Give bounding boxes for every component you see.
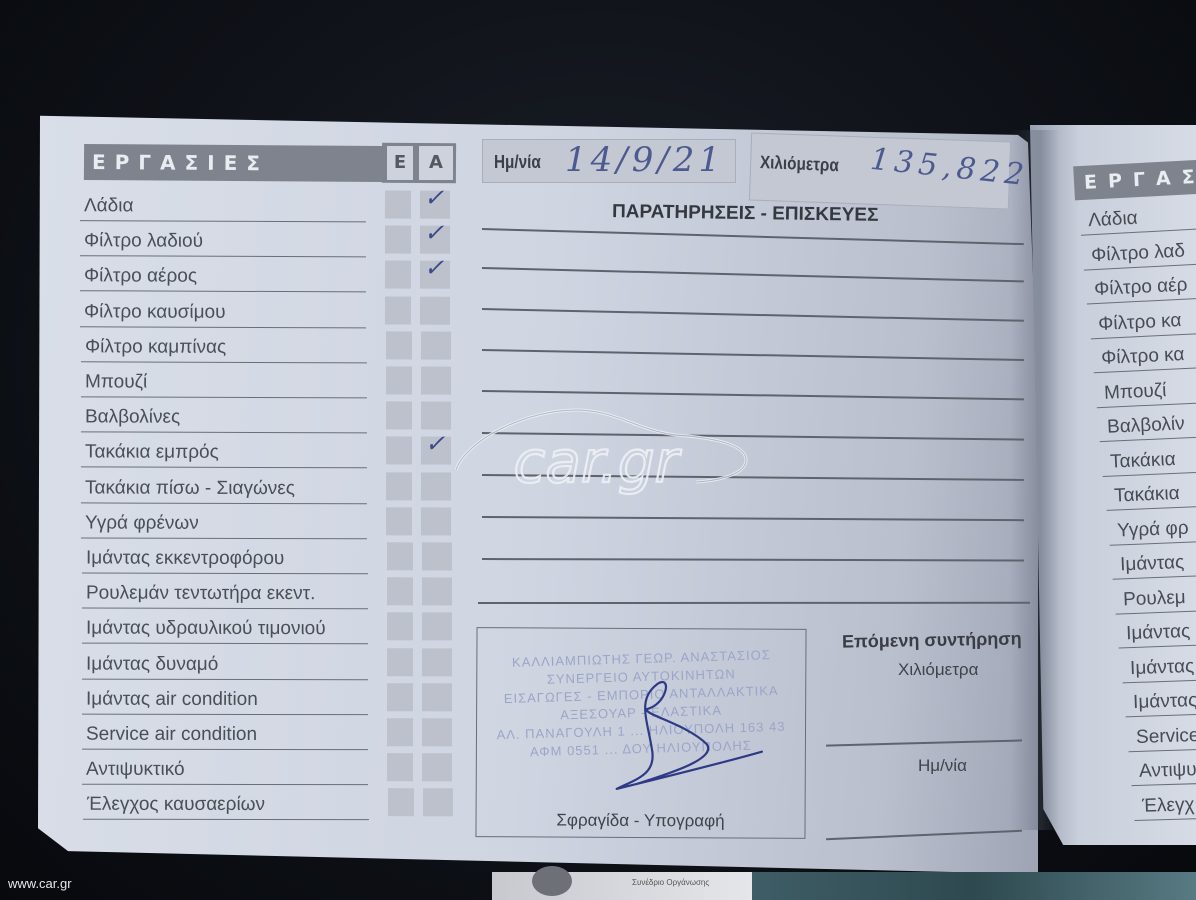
task-label: Φίλτρο καυσίμου (84, 301, 226, 324)
right-page-task-row: Έλεγχ (1140, 783, 1196, 821)
checkbox-e[interactable] (386, 507, 412, 535)
task-label: Φίλτρο λαδιού (84, 230, 203, 252)
task-label: Ιμάντας υδραυλικού τιμονιού (86, 618, 326, 641)
check-mark-icon: ✓ (425, 430, 445, 458)
remarks-title: ΠΑΡΑΤΗΡΗΣΕΙΣ - ΕΠΙΣΚΕΥΕΣ (612, 201, 879, 227)
task-row: Ιμάντας υδραυλικού τιμονιού (82, 609, 462, 645)
task-row: Τακάκια πίσω - Σιαγώνες (81, 468, 461, 504)
right-page-task-row: Βαλβολίν (1105, 402, 1196, 442)
right-page-task-label: Αντιψυ (1139, 759, 1196, 783)
right-page-task-row: Ιμάντας (1117, 541, 1196, 580)
checkbox-e[interactable] (386, 331, 412, 359)
task-label: Ιμάντας δυναμό (86, 653, 218, 675)
right-page-task-label: Λάδια (1088, 208, 1139, 233)
badge-logo-icon (532, 866, 572, 896)
task-row: Ιμάντας δυναμό (82, 644, 462, 680)
right-page-task-row: Αντιψυ (1137, 748, 1196, 786)
right-page-task-label: Μπουζί (1104, 380, 1167, 405)
task-label: Βαλβολίνες (85, 407, 180, 429)
task-row: Φίλτρο καμπίνας (81, 327, 461, 363)
workshop-stamp: ΚΑΛΛΙΑΜΠΙΩΤΗΣ ΓΕΩΡ. ΑΝΑΣΤΑΣΙΟΣΣΥΝΕΡΓΕΙΟ … (478, 628, 806, 630)
next-service-date-label: Ημ/νία (918, 756, 967, 776)
right-page-task-row: Ιμάντας (1124, 610, 1196, 649)
next-service-km-label: Χιλιόμετρα (898, 660, 978, 680)
km-label: Χιλιόμετρα (760, 152, 839, 176)
task-row: Τακάκια εμπρός✓ (81, 433, 461, 469)
checkbox-a[interactable] (423, 789, 453, 817)
checkbox-a[interactable] (422, 613, 452, 641)
checkbox-a[interactable] (421, 507, 451, 535)
checkbox-e[interactable] (385, 226, 411, 254)
task-label: Φίλτρο καμπίνας (85, 336, 226, 359)
stamp-signature-box: ΚΑΛΛΙΑΜΠΙΩΤΗΣ ΓΕΩΡ. ΑΝΑΣΤΑΣΙΟΣΣΥΝΕΡΓΕΙΟ … (475, 627, 806, 839)
task-label: Υγρά φρένων (85, 512, 199, 534)
task-label: Ιμάντας εκκεντροφόρου (85, 548, 283, 571)
checkbox-a[interactable] (422, 578, 452, 606)
checkbox-a[interactable] (421, 542, 451, 570)
right-page-task-row: Φίλτρο λαδ (1088, 229, 1196, 270)
checkbox-e[interactable] (385, 191, 411, 219)
right-page-task-row: Λάδια (1085, 195, 1196, 236)
right-page-task-label: Ιμάντας (1133, 690, 1196, 714)
checkbox-a[interactable] (421, 331, 451, 359)
task-row: Ιμάντας air condition (82, 679, 462, 715)
task-label: Μπουζί (85, 371, 147, 393)
task-row: Service air condition (82, 715, 462, 751)
column-a-header: Α (419, 146, 453, 180)
task-row: Βαλβολίνες (81, 398, 461, 434)
task-row: Μπουζί (81, 362, 461, 398)
right-page-task-label: Φίλτρο κα (1100, 344, 1184, 370)
task-row: Φίλτρο καυσίμου (80, 292, 460, 328)
checkbox-a[interactable] (420, 296, 450, 324)
task-row: Ρουλεμάν τεντωτήρα εκεντ. (82, 574, 462, 610)
background-card: Συνέδριο Οργάνωσης (492, 872, 752, 900)
checkbox-a[interactable] (422, 753, 452, 781)
right-page-task-label: Service (1136, 724, 1196, 748)
checkbox-e[interactable] (387, 613, 413, 641)
right-page-task-row: Service (1133, 713, 1196, 751)
task-label: Αντιψυκτικό (86, 759, 185, 781)
right-page-task-row: Φίλτρο αέρ (1092, 264, 1196, 304)
checkbox-e[interactable] (385, 261, 411, 289)
signature (597, 669, 798, 810)
right-page-task-label: Ιμάντας (1129, 655, 1194, 679)
right-page-task-label: Έλεγχ (1142, 794, 1195, 817)
background-card-text: Συνέδριο Οργάνωσης (632, 878, 709, 887)
checkbox-e[interactable] (387, 718, 413, 746)
right-page-task-row: Τακάκια (1108, 437, 1196, 477)
right-page-task-label: Ιμάντας (1120, 552, 1185, 576)
right-page-task-label: Φίλτρο κα (1097, 310, 1181, 336)
column-e-header: Ε (387, 146, 413, 180)
right-page-task-row: Υγρά φρ (1114, 506, 1196, 545)
right-page-task-row: Ιμάντας (1130, 679, 1196, 717)
right-page-task-label: Τακάκια (1113, 483, 1179, 508)
checkbox-e[interactable] (386, 472, 412, 500)
checkbox-a[interactable] (421, 402, 451, 430)
right-page-task-label: Τακάκια (1110, 448, 1176, 473)
task-label: Φίλτρο αέρος (84, 266, 197, 288)
right-page-task-label: Ρουλεμ (1123, 587, 1186, 611)
task-row: Υγρά φρένων (81, 503, 461, 539)
checkbox-a[interactable] (421, 367, 451, 395)
task-row: Φίλτρο αέρος✓ (80, 257, 460, 294)
checkbox-a[interactable] (421, 472, 451, 500)
task-label: Λάδια (84, 195, 134, 217)
background-object (752, 872, 1196, 900)
task-row: Λάδια✓ (80, 186, 460, 223)
right-page-task-label: Βαλβολίν (1107, 413, 1185, 438)
site-watermark: www.car.gr (8, 876, 72, 891)
task-label: Ιμάντας air condition (86, 688, 258, 710)
checkbox-e[interactable] (386, 542, 412, 570)
task-row: Φίλτρο λαδιού✓ (80, 221, 460, 258)
stamp-caption: Σφραγίδα - Υπογραφή (476, 810, 804, 832)
task-label: Ρουλεμάν τεντωτήρα εκεντ. (86, 583, 316, 606)
next-service-title: Επόμενη συντήρηση (842, 628, 1022, 652)
right-page-task-row: Τακάκια (1111, 471, 1196, 510)
task-row: Ιμάντας εκκεντροφόρου (81, 539, 461, 575)
right-page-task-label: Ιμάντας (1126, 621, 1191, 645)
right-page-tasks-header: ΕΡΓΑΣ (1073, 160, 1196, 201)
checkbox-a[interactable] (422, 683, 452, 711)
right-page-task-row: Μπουζί (1101, 368, 1196, 408)
checkbox-e[interactable] (387, 648, 413, 676)
right-page-task-label: Φίλτρο αέρ (1094, 275, 1188, 302)
check-mark-icon: ✓ (424, 254, 444, 282)
checkbox-e[interactable] (387, 577, 413, 605)
date-value: 14/9/21 (565, 140, 724, 180)
checkbox-a[interactable] (422, 648, 452, 676)
task-label: Service air condition (86, 724, 257, 746)
tasks-header: ΕΡΓΑΣΙΕΣ (84, 144, 386, 182)
remark-line (478, 602, 1030, 604)
task-row: Αντιψυκτικό (82, 750, 462, 786)
checkbox-e[interactable] (387, 683, 413, 711)
checkbox-e[interactable] (386, 437, 412, 465)
task-label: Τακάκια πίσω - Σιαγώνες (85, 477, 295, 500)
right-page-task-row: Ιμάντας (1127, 644, 1196, 682)
task-row: Έλεγχος καυσαερίων (83, 785, 463, 821)
task-label: Τακάκια εμπρός (85, 442, 219, 464)
checkbox-e[interactable] (385, 296, 411, 324)
right-page-task-label: Υγρά φρ (1117, 517, 1189, 542)
right-page-task-label: Φίλτρο λαδ (1091, 240, 1186, 267)
checkbox-e[interactable] (386, 366, 412, 394)
right-page-task-row: Ρουλεμ (1121, 575, 1196, 614)
checkbox-a[interactable] (422, 718, 452, 746)
check-mark-icon: ✓ (424, 184, 444, 212)
date-label: Ημ/νία (494, 152, 541, 173)
right-page-task-row: Φίλτρο κα (1095, 298, 1196, 338)
checkbox-e[interactable] (386, 402, 412, 430)
checkbox-e[interactable] (388, 789, 414, 817)
check-mark-icon: ✓ (424, 219, 444, 247)
right-page-task-row: Φίλτρο κα (1098, 333, 1196, 373)
task-label: Έλεγχος καυσαερίων (87, 794, 265, 816)
checkbox-e[interactable] (387, 753, 413, 781)
